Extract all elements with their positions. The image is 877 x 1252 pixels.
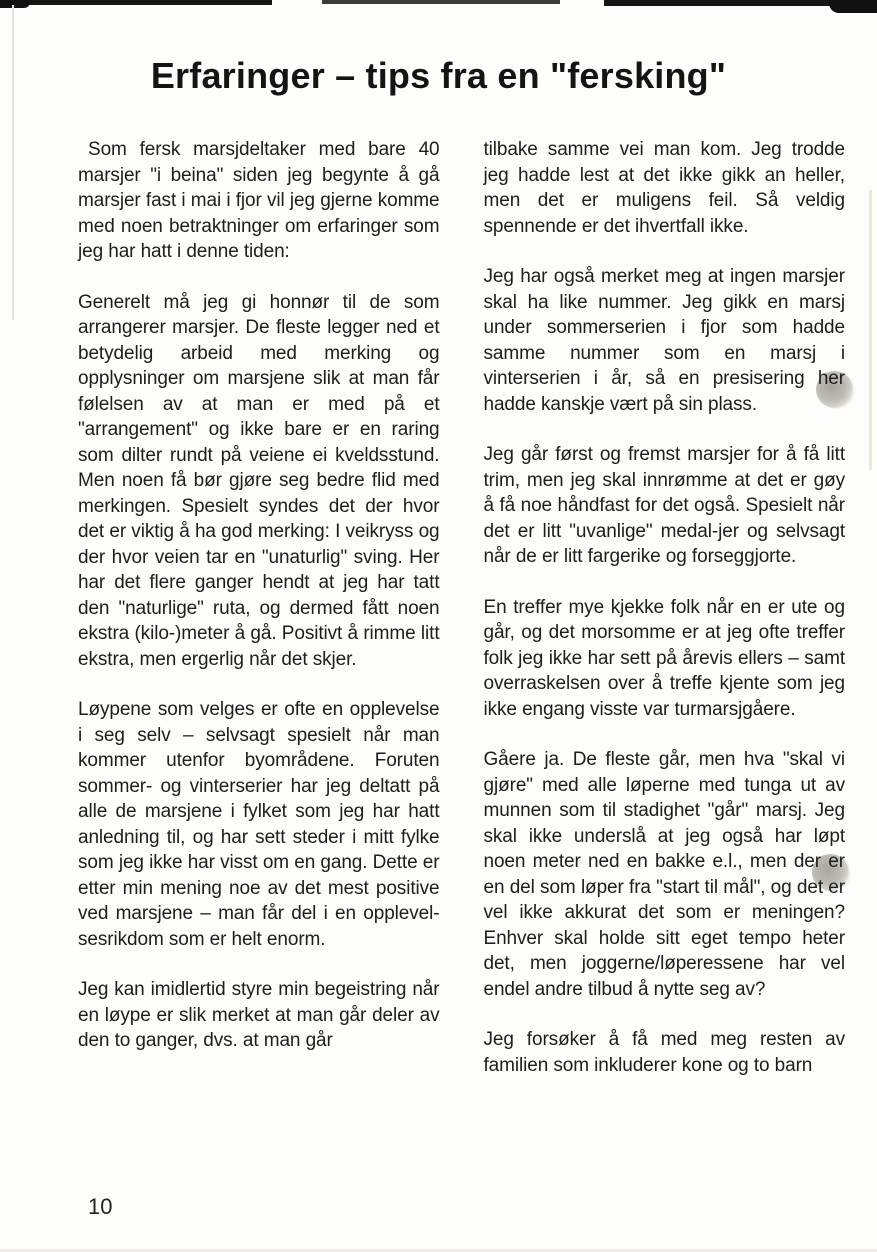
scanned-page: Erfaringer – tips fra en "fersking" Som … — [0, 0, 877, 1252]
left-column: Som fersk marsjdeltaker med bare 40 mars… — [78, 137, 440, 1103]
body-paragraph: Jeg forsøker å få med meg resten av fami… — [484, 1027, 846, 1078]
body-paragraph: Jeg går først og fremst marsjer for å få… — [484, 442, 846, 570]
body-paragraph: En treffer mye kjekke folk når en er ute… — [484, 595, 846, 723]
scan-border-top-middle-segment — [322, 0, 560, 4]
body-paragraph: Som fersk marsjdeltaker med bare 40 mars… — [78, 137, 440, 265]
page-edge-line-right — [869, 190, 872, 470]
body-paragraph: Generelt må jeg gi honnør til de som arr… — [78, 290, 440, 673]
right-column: tilbake samme vei man kom. Jeg trodde je… — [484, 137, 846, 1103]
scan-border-corner-left — [0, 0, 30, 8]
body-paragraph: tilbake samme vei man kom. Jeg trodde je… — [484, 137, 846, 239]
page-title: Erfaringer – tips fra en "fersking" — [0, 55, 877, 97]
page-number: 10 — [88, 1194, 112, 1220]
body-paragraph: Jeg kan imidlertid styre min begeistring… — [78, 977, 440, 1054]
body-paragraph: Løypene som velges er ofte en opplevelse… — [78, 697, 440, 952]
body-paragraph: Jeg har også merket meg at ingen marsjer… — [484, 264, 846, 417]
scan-border-corner-right — [829, 0, 877, 13]
page-edge-line-left — [12, 5, 14, 320]
body-paragraph: Gåere ja. De fleste går, men hva "skal v… — [484, 747, 846, 1002]
scan-border-top-left-segment — [0, 0, 272, 5]
article-body: Som fersk marsjdeltaker med bare 40 mars… — [78, 137, 845, 1103]
